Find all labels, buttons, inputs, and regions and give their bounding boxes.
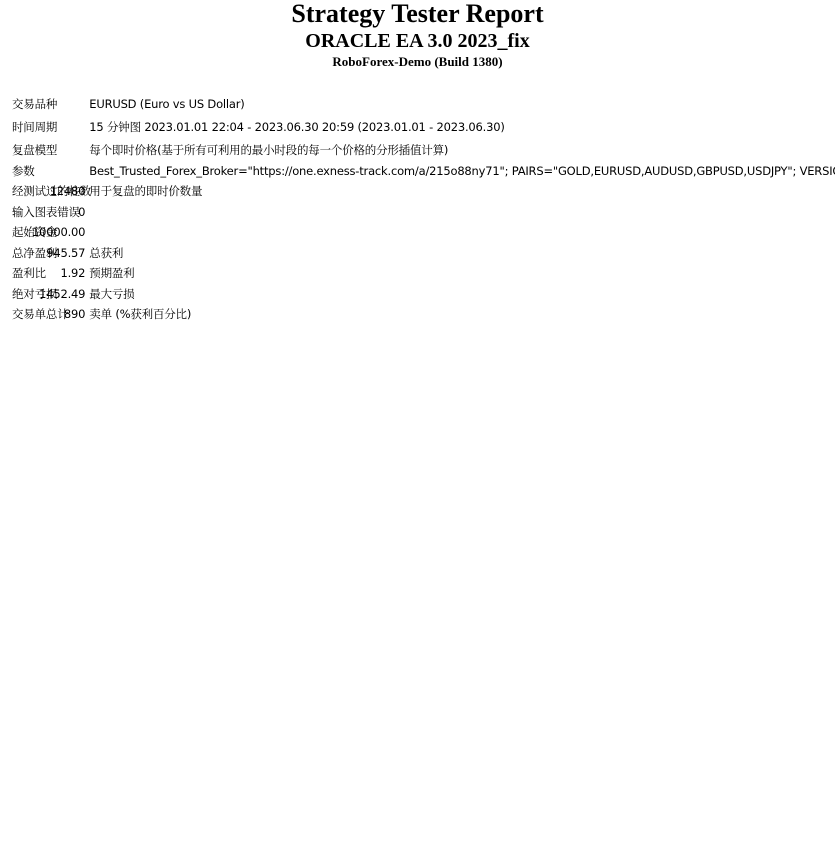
ticks-modelled-label: 用于复盘的即时价数量 xyxy=(87,181,835,202)
period-label: 时间周期 xyxy=(10,115,87,138)
bars-tested-label: 经测试过的柱数 xyxy=(10,181,30,202)
symbol-row: 交易品种 EURUSD (Euro vs US Dollar) xyxy=(10,92,835,115)
params-label: 参数 xyxy=(10,161,87,181)
stat-row: 绝对亏损 1452.49 最大亏损 1516.00 (15.06%) 相对亏损 … xyxy=(10,284,835,305)
stat-row: 盈利比 1.92 预期盈利 1.06 xyxy=(10,263,835,284)
total-trades-label: 交易单总计 xyxy=(10,304,30,325)
stat-row: 经测试过的柱数 12480 用于复盘的即时价数量 15208762 复盘模型的质… xyxy=(10,181,835,202)
profit-factor-label: 盈利比 xyxy=(10,263,30,284)
ea-name: ORACLE EA 3.0 2023_fix xyxy=(0,28,835,54)
maximal-drawdown-label: 最大亏损 xyxy=(87,284,835,305)
params-row: 参数 Best_Trusted_Forex_Broker="https://on… xyxy=(10,161,835,181)
stat-row: 总净盈利 945.57 总获利 1970.18 总亏损 -1024.61 xyxy=(10,243,835,264)
empty-cell xyxy=(87,202,835,223)
report-header: Strategy Tester Report ORACLE EA 3.0 202… xyxy=(0,0,835,70)
initial-deposit-value: 10000.00 xyxy=(30,222,87,243)
initial-deposit-label: 起始资金 xyxy=(10,222,30,243)
model-row: 复盘模型 每个即时价格(基于所有可利用的最小时段的每一个价格的分形插值计算) xyxy=(10,138,835,161)
empty-cell xyxy=(87,222,835,243)
params-value: Best_Trusted_Forex_Broker="https://one.e… xyxy=(87,161,835,181)
stat-row: 输入图表错误 0 xyxy=(10,202,835,223)
period-value: 15 分钟图 2023.01.01 22:04 - 2023.06.30 20:… xyxy=(87,115,835,138)
chart-errors-label: 输入图表错误 xyxy=(10,202,30,223)
model-value: 每个即时价格(基于所有可利用的最小时段的每一个价格的分形插值计算) xyxy=(87,138,835,161)
report-table: 交易品种 EURUSD (Euro vs US Dollar) 时间周期 15 … xyxy=(10,92,835,325)
period-row: 时间周期 15 分钟图 2023.01.01 22:04 - 2023.06.3… xyxy=(10,115,835,138)
symbol-label: 交易品种 xyxy=(10,92,87,115)
symbol-value: EURUSD (Euro vs US Dollar) xyxy=(87,92,835,115)
report-title: Strategy Tester Report xyxy=(0,0,835,28)
stat-row: 起始资金 10000.00 点差 当前 (18) xyxy=(10,222,835,243)
total-net-profit-label: 总净盈利 xyxy=(10,243,30,264)
absolute-drawdown-label: 绝对亏损 xyxy=(10,284,30,305)
gross-profit-label: 总获利 xyxy=(87,243,835,264)
model-label: 复盘模型 xyxy=(10,138,87,161)
stat-row: 交易单总计 890 卖单 (%获利百分比) 701 (68.33%) 买单 (%… xyxy=(10,304,835,325)
expected-payoff-label: 预期盈利 xyxy=(87,263,835,284)
broker-build: RoboForex-Demo (Build 1380) xyxy=(0,54,835,70)
short-positions-label: 卖单 (%获利百分比) xyxy=(87,304,835,325)
